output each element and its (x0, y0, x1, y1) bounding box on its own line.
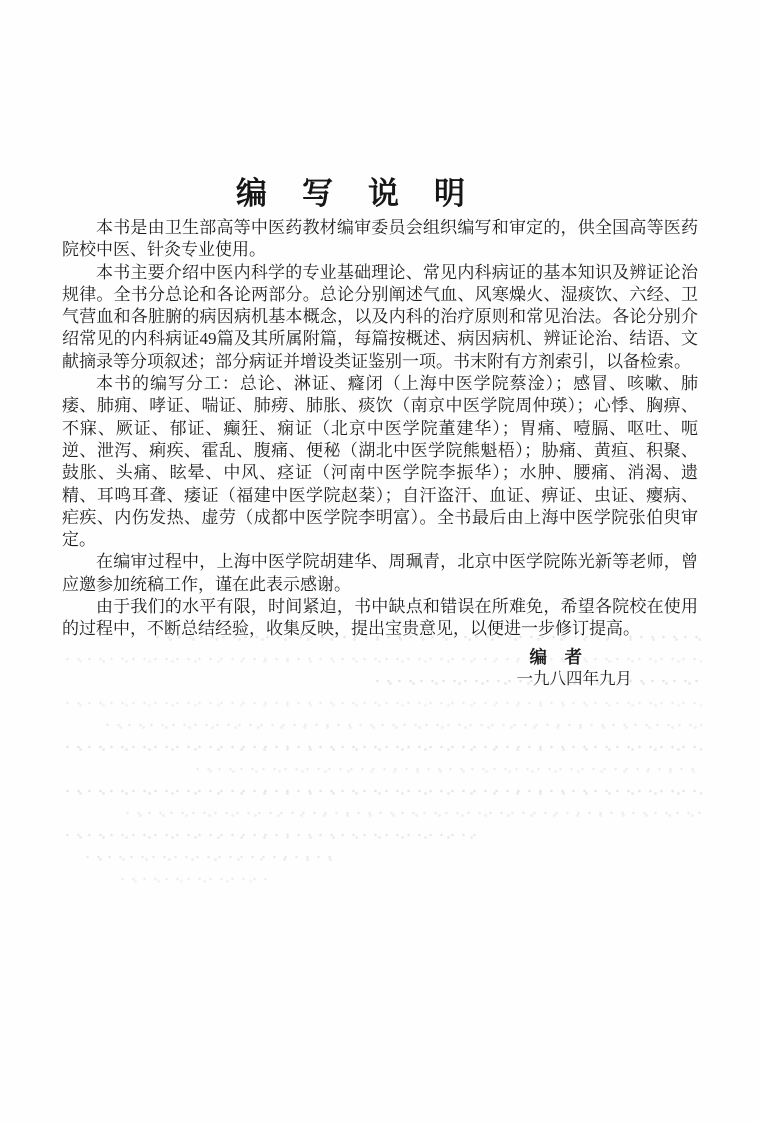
signature-block: 编 者 一九八四年九月 (62, 647, 698, 689)
paragraph-acknowledgements: 在编审过程中，上海中医学院胡建华、周珮青，北京中医学院陈光新等老师，曾应邀参加统… (62, 551, 698, 596)
paragraph-content-overview: 本书主要介绍中医内科学的专业基础理论、常见内科病证的基本知识及辨证论治规律。全书… (62, 262, 698, 373)
page-title: 编 写 说 明 (0, 168, 731, 213)
noise-row (62, 832, 482, 839)
noise-row (62, 744, 702, 751)
noise-row (62, 788, 702, 795)
noise-row (82, 854, 332, 861)
noise-row (62, 700, 702, 707)
author-signature: 编 者 (62, 647, 698, 668)
noise-row (122, 810, 702, 817)
scanned-book-page: 编 写 说 明 本书是由卫生部高等中医药教材编审委员会组织编写和审定的，供全国高… (0, 0, 759, 1122)
publication-date: 一九八四年九月 (62, 668, 698, 689)
text-block: 本书是由卫生部高等中医药教材编审委员会组织编写和审定的，供全国高等医药院校中医、… (62, 217, 698, 689)
paragraph-closing: 由于我们的水平有限，时间紧迫，书中缺点和错误在所难免，希望各院校在使用的过程中，… (62, 596, 698, 641)
noise-row (102, 722, 702, 729)
noise-row (192, 766, 702, 773)
noise-row (117, 876, 267, 883)
paragraph-intro: 本书是由卫生部高等中医药教材编审委员会组织编写和审定的，供全国高等医药院校中医、… (62, 217, 698, 262)
paragraph-contributors: 本书的编写分工：总论、淋证、癃闭（上海中医学院蔡淦）；感冒、咳嗽、肺痿、肺痈、哮… (62, 373, 698, 551)
